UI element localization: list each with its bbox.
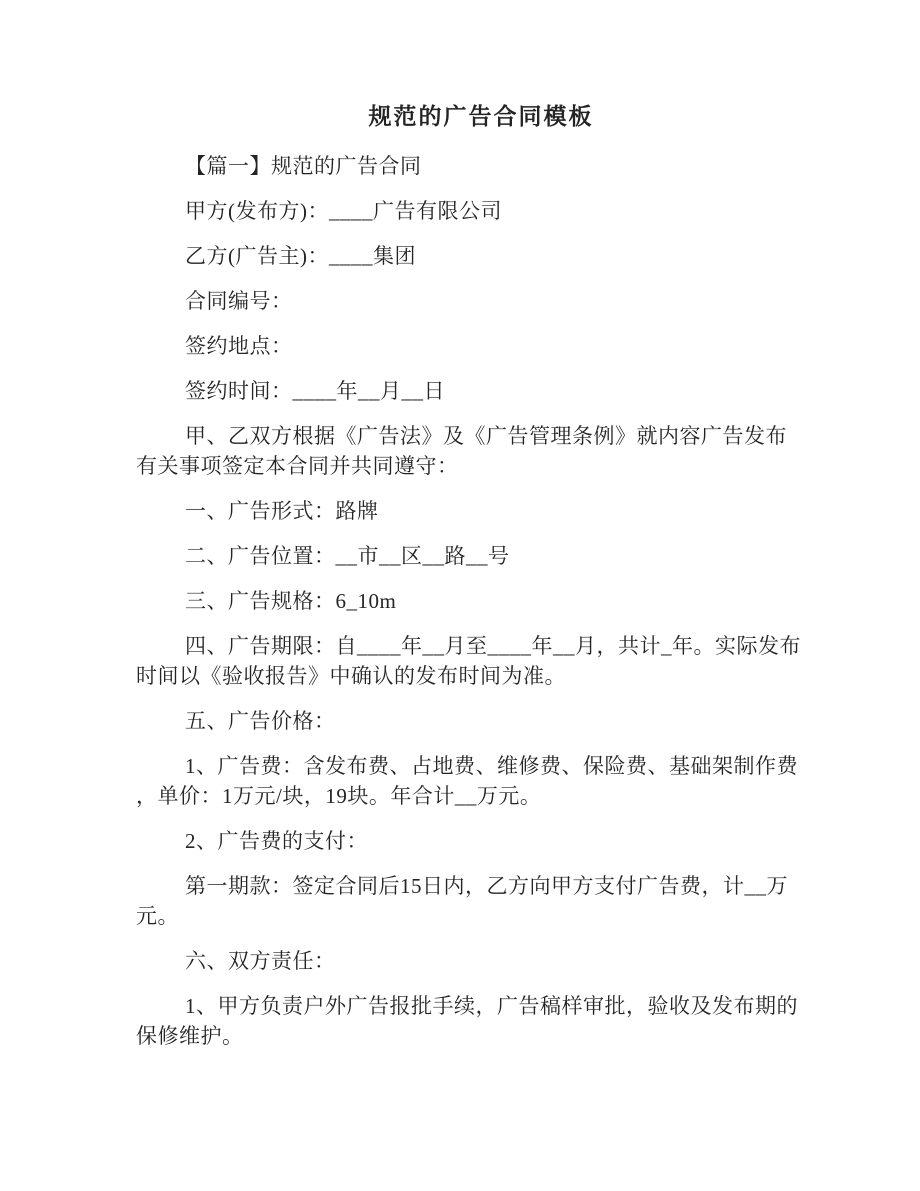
paragraph-line: 三、广告规格：6_10m <box>136 586 790 616</box>
paragraph-line: 2、广告费的支付： <box>136 826 790 856</box>
paragraph-line: 1、甲方负责户外广告报批手续，广告稿样审批，验收及发布期的 <box>136 991 790 1021</box>
paragraph-line: 四、广告期限：自____年__月至____年__月，共计_年。实际发布 <box>136 631 790 661</box>
paragraph-line: 签约时间：____年__月__日 <box>136 376 790 406</box>
paragraph-clause-5-ad-price: 五、广告价格： <box>136 706 790 736</box>
paragraph-section-heading: 【篇一】规范的广告合同 <box>136 151 790 181</box>
paragraph-clause-4-ad-term: 四、广告期限：自____年__月至____年__月，共计_年。实际发布 时间以《… <box>136 631 790 691</box>
paragraph-clause-5-1-ad-fee: 1、广告费：含发布费、占地费、维修费、保险费、基础架制作费 ，单价：1万元/块，… <box>136 751 790 811</box>
paragraph-clause-5-2-payment: 2、广告费的支付： <box>136 826 790 856</box>
paragraph-clause-3-ad-size: 三、广告规格：6_10m <box>136 586 790 616</box>
paragraph-first-installment: 第一期款：签定合同后15日内，乙方向甲方支付广告费，计__万 元。 <box>136 871 790 931</box>
paragraph-line: 1、广告费：含发布费、占地费、维修费、保险费、基础架制作费 <box>136 751 790 781</box>
paragraph-line: 时间以《验收报告》中确认的发布时间为准。 <box>136 661 790 691</box>
paragraph-line: 合同编号： <box>136 286 790 316</box>
paragraph-signing-date: 签约时间：____年__月__日 <box>136 376 790 406</box>
document-title: 规范的广告合同模板 <box>154 100 808 134</box>
paragraph-clause-6-responsibilities: 六、双方责任： <box>136 946 790 976</box>
paragraph-line: 六、双方责任： <box>136 946 790 976</box>
paragraph-clause-1-ad-form: 一、广告形式：路牌 <box>136 496 790 526</box>
paragraph-signing-place: 签约地点： <box>136 331 790 361</box>
paragraph-line: 有关事项签定本合同并共同遵守： <box>136 451 790 481</box>
paragraph-line: 二、广告位置：__市__区__路__号 <box>136 541 790 571</box>
paragraph-line: 甲方(发布方)：____广告有限公司 <box>136 196 790 226</box>
paragraph-preamble: 甲、乙双方根据《广告法》及《广告管理条例》就内容广告发布 有关事项签定本合同并共… <box>136 421 790 481</box>
paragraph-line: 元。 <box>136 901 790 931</box>
paragraph-line: 五、广告价格： <box>136 706 790 736</box>
paragraph-line: ，单价：1万元/块，19块。年合计__万元。 <box>136 781 790 811</box>
paragraph-line: 一、广告形式：路牌 <box>136 496 790 526</box>
paragraph-line: 甲、乙双方根据《广告法》及《广告管理条例》就内容广告发布 <box>136 421 790 451</box>
paragraph-line: 乙方(广告主)：____集团 <box>136 241 790 271</box>
paragraph-contract-number: 合同编号： <box>136 286 790 316</box>
paragraph-clause-6-1-party-a-duty: 1、甲方负责户外广告报批手续，广告稿样审批，验收及发布期的 保修维护。 <box>136 991 790 1051</box>
document-page: 规范的广告合同模板 【篇一】规范的广告合同 甲方(发布方)：____广告有限公司… <box>0 0 920 1191</box>
paragraph-line: 第一期款：签定合同后15日内，乙方向甲方支付广告费，计__万 <box>136 871 790 901</box>
paragraph-clause-2-ad-location: 二、广告位置：__市__区__路__号 <box>136 541 790 571</box>
paragraph-party-b: 乙方(广告主)：____集团 <box>136 241 790 271</box>
paragraph-line: 签约地点： <box>136 331 790 361</box>
paragraph-party-a: 甲方(发布方)：____广告有限公司 <box>136 196 790 226</box>
paragraph-line: 保修维护。 <box>136 1021 790 1051</box>
paragraph-line: 【篇一】规范的广告合同 <box>136 151 790 181</box>
